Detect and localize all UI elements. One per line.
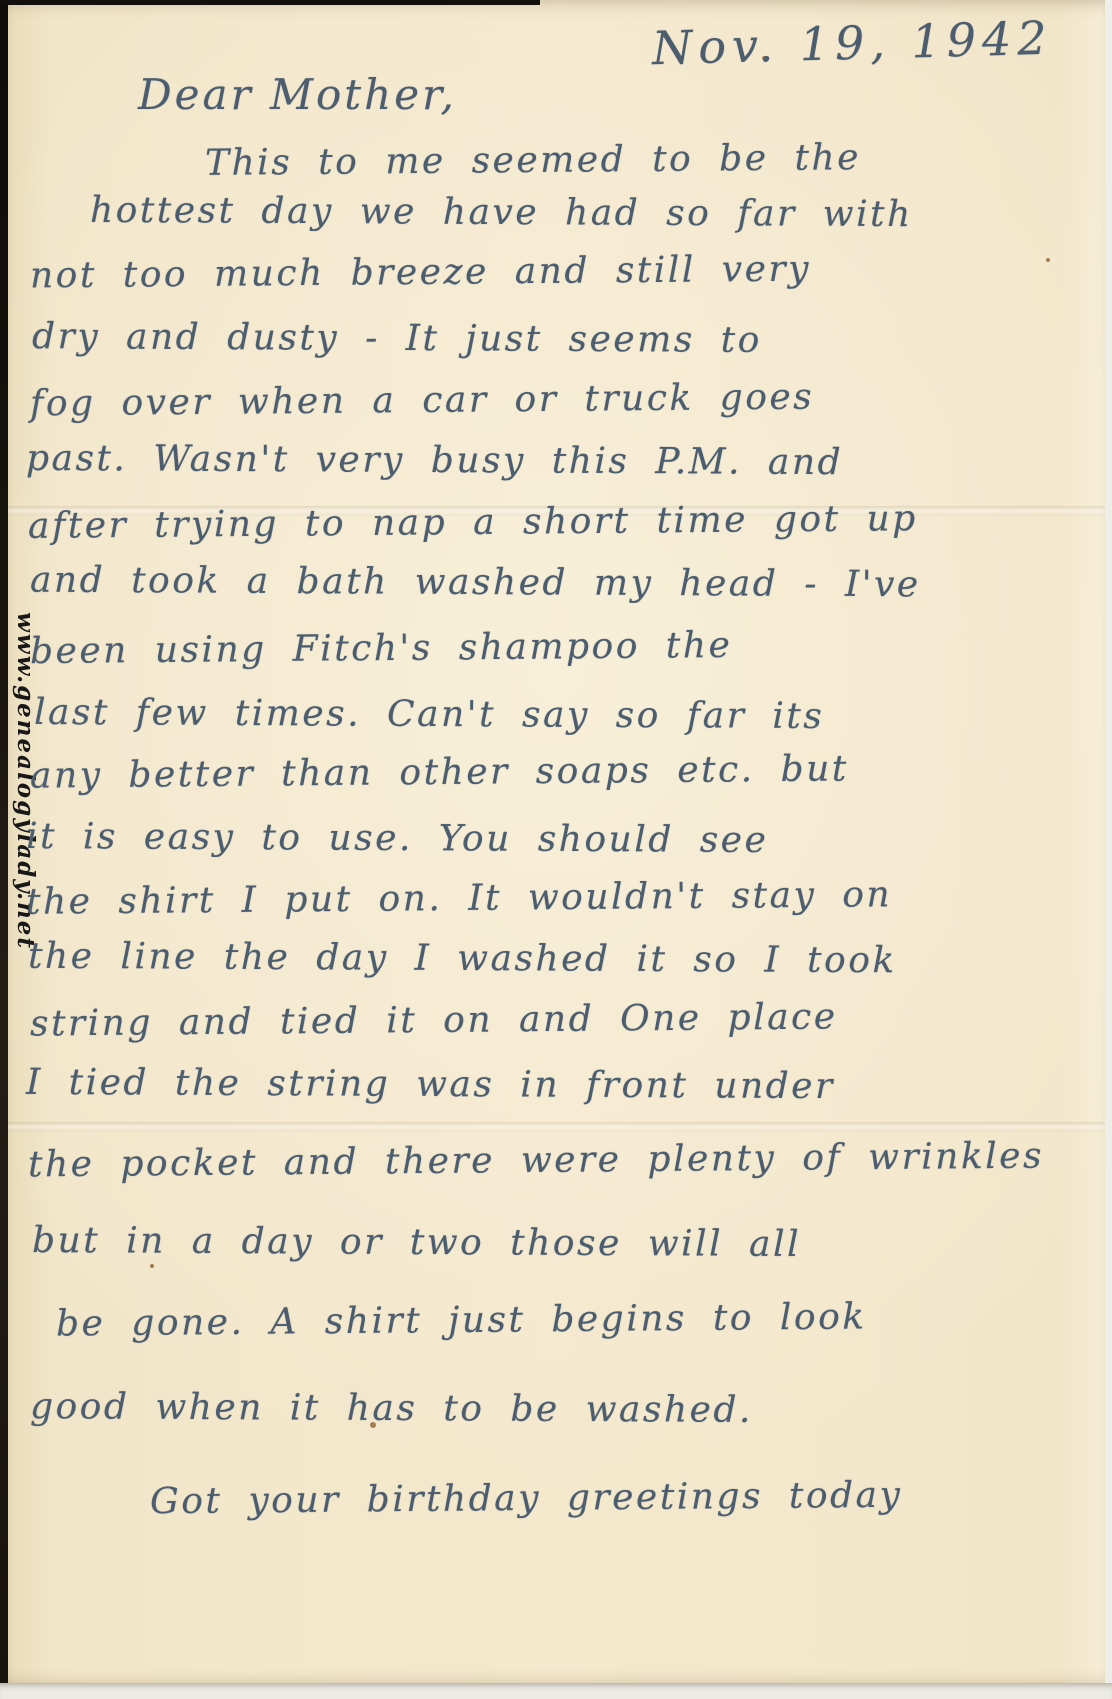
letter-line: This to me seemed to be the (205, 137, 861, 184)
letter-line: dry and dusty - It just seems to (32, 316, 762, 361)
letter-line: and took a bath washed my head - I've (30, 560, 921, 606)
letter-line: any better than other soaps etc. but (30, 748, 849, 796)
letter-line: but in a day or two those will all (32, 1220, 801, 1265)
scan-background-right (1105, 0, 1112, 1683)
fold-crease-lower (8, 1122, 1105, 1132)
letter-line: I tied the string was in front under (26, 1062, 835, 1107)
letter-line: string and tied it on and One place (30, 996, 838, 1044)
letter-line: the shirt I put on. It wouldn't stay on (26, 874, 892, 923)
letter-line: past. Wasn't very busy this P.M. and (26, 438, 843, 483)
letter-line: after trying to nap a short time got up (28, 498, 918, 547)
scan-edge-left (0, 0, 8, 1683)
letter-line: Got your birthday greetings today (150, 1475, 903, 1523)
age-spot (150, 1264, 154, 1268)
scan-background-bottom (0, 1683, 1112, 1699)
letter-line: last few times. Can't say so far its (34, 692, 824, 737)
letter-line: not too much breeze and still very (30, 249, 811, 297)
age-spot (1046, 258, 1050, 262)
letter-line: good when it has to be washed. (30, 1386, 753, 1431)
letter-line: fog over when a car or truck goes (30, 377, 815, 425)
salutation: Dear Mother, (138, 70, 457, 119)
scan-edge-top (0, 0, 540, 5)
letter-line: hottest day we have had so far with (90, 190, 913, 235)
letter-date: Nov. 19, 1942 (651, 11, 1053, 75)
letter-line: be gone. A shirt just begins to look (56, 1296, 867, 1344)
letter-line: been using Fitch's shampoo the (30, 625, 733, 672)
letter-line: the line the day I washed it so I took (28, 936, 897, 982)
scanned-letter: www.genealogylady.net Nov. 19, 1942 Dear… (0, 0, 1112, 1699)
letter-line: it is easy to use. You should see (26, 816, 769, 861)
